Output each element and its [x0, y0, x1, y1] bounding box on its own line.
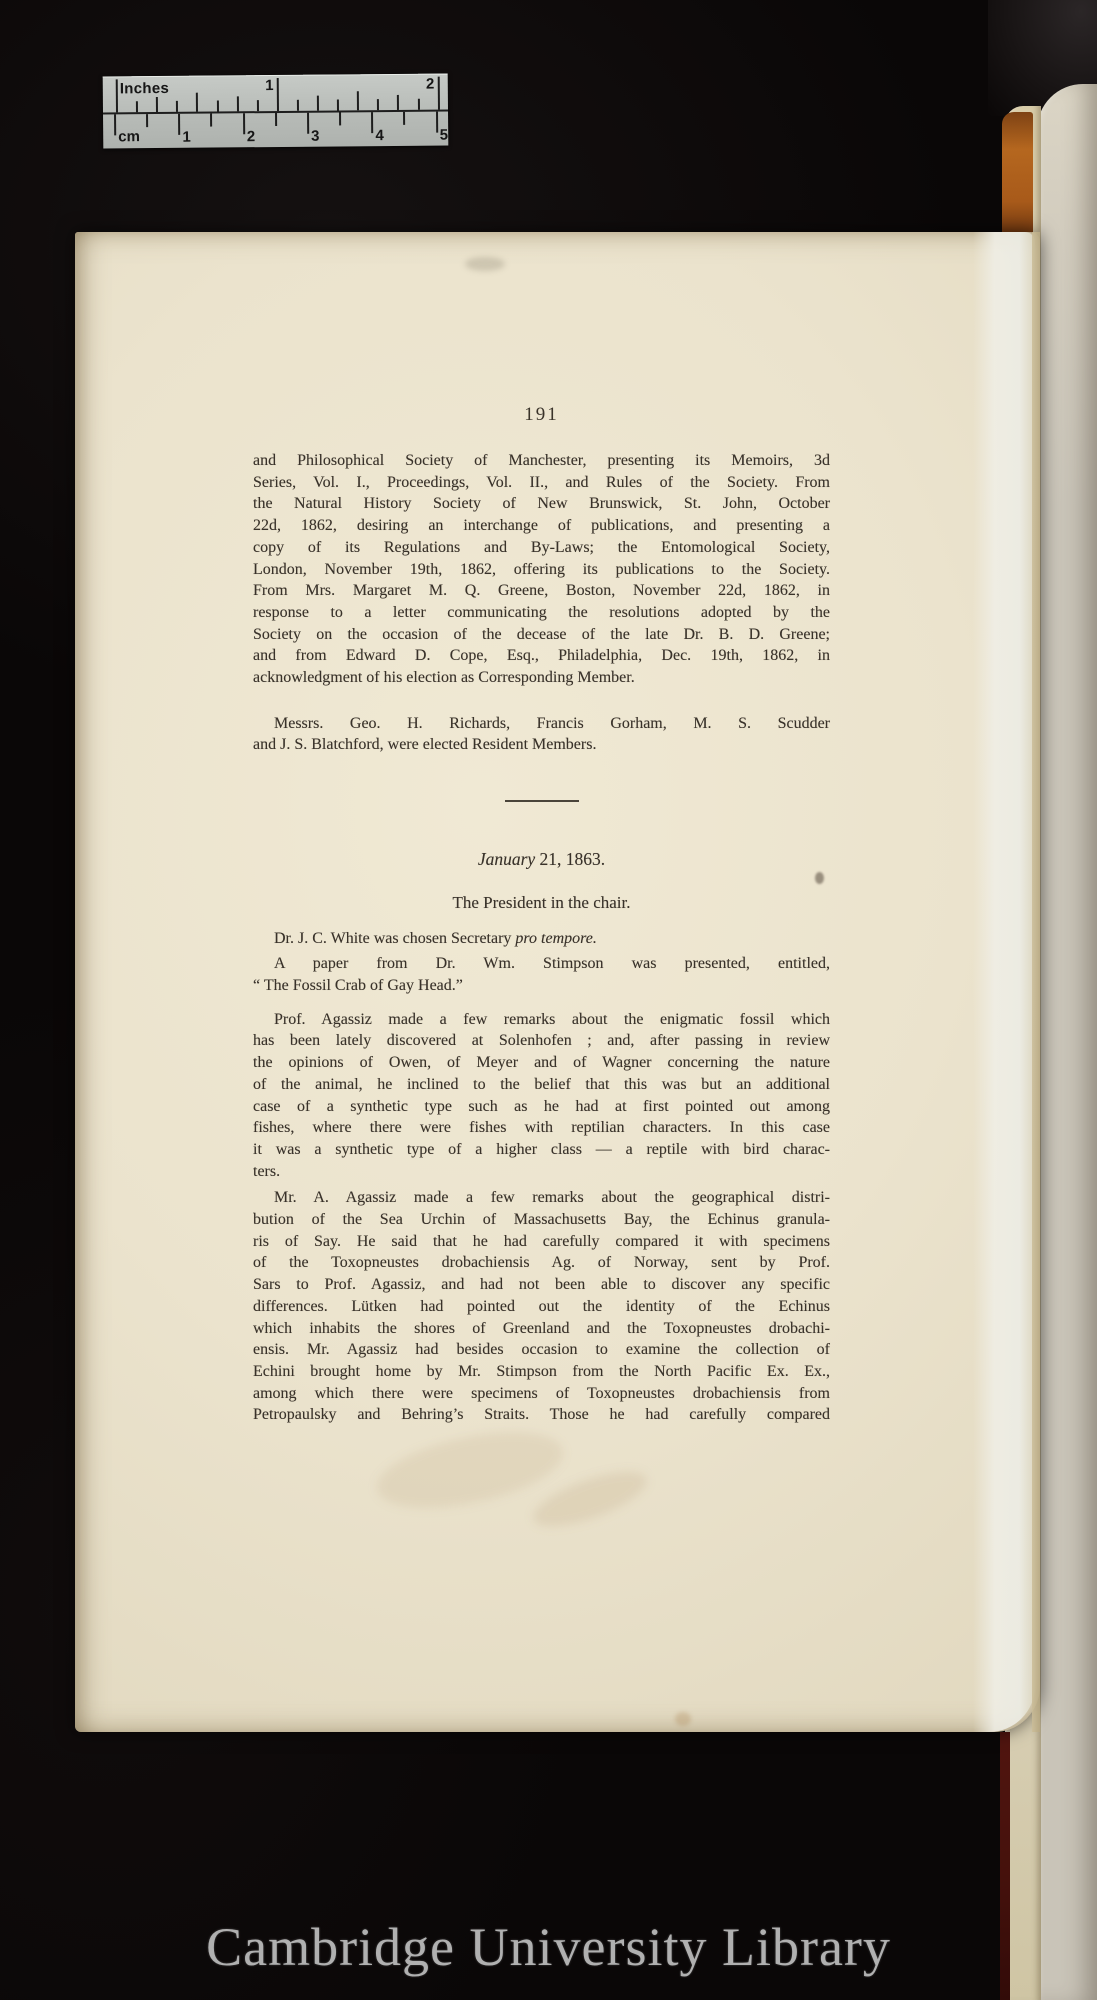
text-line: Messrs. Geo. H. Richards, Francis Gorham… [253, 713, 830, 735]
ruler-cm-ticks [103, 73, 448, 76]
text-line: ris of Say. He said that he had carefull… [253, 1231, 830, 1253]
text-line: which inhabits the shores of Greenland a… [253, 1318, 830, 1340]
inch-tick [297, 100, 299, 111]
text-segment: ters. [253, 1163, 280, 1180]
text-line: the opinions of Owen, of Meyer and of Wa… [253, 1052, 830, 1074]
text-line: Prof. Agassiz made a few remarks about t… [253, 1009, 830, 1031]
text-segment: Mr. A. Agassiz made a few remarks about … [274, 1189, 830, 1206]
inch-tick [397, 95, 399, 110]
text-segment: “ The Fossil Crab of Gay Head.” [253, 977, 463, 994]
text-segment: Society on the occasion of the decease o… [253, 626, 830, 643]
cm-tick [243, 113, 245, 134]
text-line: response to a letter communicating the r… [253, 602, 830, 624]
cm-tick [275, 113, 277, 126]
paragraph: January 21, 1863. [253, 848, 830, 870]
text-segment: ris of Say. He said that he had carefull… [253, 1233, 830, 1250]
inch-tick [317, 96, 319, 111]
text-line: Petropaulsky and Behring’s Straits. Thos… [253, 1404, 830, 1426]
page-stack-fore-edge [1037, 84, 1097, 2000]
text-segment: it was a synthetic type of a higher clas… [253, 1141, 830, 1158]
cm-tick [339, 112, 341, 125]
inch-tick [417, 99, 419, 110]
text-segment: has been lately discovered at Solenhofen… [253, 1032, 830, 1049]
text-line: From Mrs. Margaret M. Q. Greene, Boston,… [253, 580, 830, 602]
text-segment: acknowledgment of his election as Corres… [253, 669, 635, 686]
text-line: Mr. A. Agassiz made a few remarks about … [253, 1187, 830, 1209]
inch-tick [156, 97, 158, 112]
cm-tick [436, 112, 438, 133]
text-segment: case of a synthetic type such as he had … [253, 1098, 830, 1115]
italic-text: January [478, 849, 535, 869]
cm-number: 3 [311, 128, 319, 145]
paragraph: A paper from Dr. Wm. Stimpson was presen… [253, 953, 830, 996]
text-line: differences. Lütken had pointed out the … [253, 1296, 830, 1318]
inch-tick [337, 99, 339, 110]
text-line: Series, Vol. I., Proceedings, Vol. II., … [253, 472, 830, 494]
text-line: ensis. Mr. Agassiz had besides occasion … [253, 1339, 830, 1361]
paragraph: Dr. J. C. White was chosen Secretary pro… [253, 928, 830, 950]
text-line: of the animal, he inclined to the belief… [253, 1074, 830, 1096]
text-segment: bution of the Sea Urchin of Massachusett… [253, 1211, 830, 1228]
cm-tick [210, 114, 212, 127]
book-page: 191 and Philosophical Society of Manches… [75, 232, 1040, 1732]
text-segment: the Natural History Society of New Bruns… [253, 495, 830, 512]
cm-tick [403, 112, 405, 125]
inch-tick [257, 100, 259, 111]
text-segment: Series, Vol. I., Proceedings, Vol. II., … [253, 474, 830, 491]
page-number: 191 [253, 404, 830, 426]
cm-tick [146, 114, 148, 127]
text-segment: A paper from Dr. Wm. Stimpson was presen… [274, 955, 830, 972]
text-segment: and Philosophical Society of Manchester,… [253, 452, 830, 469]
text-segment: differences. Lütken had pointed out the … [253, 1298, 830, 1315]
text-line: and Philosophical Society of Manchester,… [253, 450, 830, 472]
text-line: it was a synthetic type of a higher clas… [253, 1139, 830, 1161]
text-line: A paper from Dr. Wm. Stimpson was presen… [253, 953, 830, 975]
paragraph: Prof. Agassiz made a few remarks about t… [253, 1009, 830, 1183]
text-line: ters. [253, 1161, 830, 1183]
text-line: has been lately discovered at Solenhofen… [253, 1030, 830, 1052]
italic-text: pro tempore. [515, 930, 596, 947]
text-segment: and J. S. Blatchford, were elected Resid… [253, 736, 596, 753]
stain [465, 257, 505, 271]
paragraph: Messrs. Geo. H. Richards, Francis Gorham… [253, 713, 830, 756]
text-segment: which inhabits the shores of Greenland a… [253, 1320, 830, 1337]
text-segment: London, November 19th, 1862, offering it… [253, 561, 830, 578]
text-line: case of a synthetic type such as he had … [253, 1096, 830, 1118]
page-fore-edge-line [1032, 232, 1040, 1732]
paragraph: Mr. A. Agassiz made a few remarks about … [253, 1187, 830, 1426]
text-line: “ The Fossil Crab of Gay Head.” [253, 975, 830, 997]
text-line: 22d, 1862, desiring an interchange of pu… [253, 515, 830, 537]
text-line: January 21, 1863. [253, 848, 830, 870]
text-line: The President in the chair. [253, 892, 830, 914]
cm-tick [371, 112, 373, 133]
text-segment: Petropaulsky and Behring’s Straits. Thos… [253, 1406, 830, 1423]
cm-tick [307, 113, 309, 134]
scan-backdrop: Inches cm 1212345 191 and Philosophical … [0, 0, 1097, 2000]
inch-tick [196, 93, 198, 112]
text-segment: response to a letter communicating the r… [253, 604, 830, 621]
inch-tick [437, 77, 439, 110]
text-line: Echini brought home by Mr. Stimpson from… [253, 1361, 830, 1383]
inch-tick [176, 101, 178, 112]
cm-tick [178, 114, 180, 135]
text-segment: 21, 1863. [535, 849, 605, 869]
page-fore-edge-highlight [973, 232, 1035, 1732]
text-segment: ensis. Mr. Agassiz had besides occasion … [253, 1341, 830, 1358]
cm-number: 2 [247, 128, 255, 145]
text-line: of the Toxopneustes drobachiensis Ag. of… [253, 1252, 830, 1274]
inch-tick [216, 100, 218, 111]
cm-number: 5 [440, 126, 448, 143]
scale-ruler: Inches cm 1212345 [103, 73, 449, 148]
text-segment: the opinions of Owen, of Meyer and of Wa… [253, 1054, 830, 1071]
text-line: fishes, where there were fishes with rep… [253, 1117, 830, 1139]
inch-tick [377, 99, 379, 110]
text-line: and J. S. Blatchford, were elected Resid… [253, 734, 830, 756]
paragraph: and Philosophical Society of Manchester,… [253, 450, 830, 689]
ruler-inch-ticks [103, 73, 448, 76]
text-segment: copy of its Regulations and By-Laws; the… [253, 539, 830, 556]
text-segment: From Mrs. Margaret M. Q. Greene, Boston,… [253, 582, 830, 599]
text-segment: 22d, 1862, desiring an interchange of pu… [253, 517, 830, 534]
text-line: and from Edward D. Cope, Esq., Philadelp… [253, 645, 830, 667]
section-divider [505, 800, 579, 802]
stain [675, 1712, 691, 1726]
text-column: and Philosophical Society of Manchester,… [253, 450, 830, 1426]
cm-number: 1 [182, 129, 190, 146]
text-segment: among which there were specimens of Toxo… [253, 1385, 830, 1402]
text-line: bution of the Sea Urchin of Massachusett… [253, 1209, 830, 1231]
binding-leather-edge [1002, 112, 1033, 236]
text-line: Dr. J. C. White was chosen Secretary pro… [253, 928, 830, 950]
text-segment: of the Toxopneustes drobachiensis Ag. of… [253, 1254, 830, 1271]
cm-tick [114, 114, 116, 135]
inch-tick [136, 101, 138, 112]
text-segment: Messrs. Geo. H. Richards, Francis Gorham… [274, 715, 830, 732]
inch-tick [357, 91, 359, 110]
inch-number: 2 [421, 76, 434, 93]
text-segment: of the animal, he inclined to the belief… [253, 1076, 830, 1093]
cm-number: 4 [375, 127, 383, 144]
inch-tick [236, 96, 238, 111]
text-segment: The President in the chair. [453, 893, 631, 912]
text-segment: fishes, where there were fishes with rep… [253, 1119, 830, 1136]
text-segment: and from Edward D. Cope, Esq., Philadelp… [253, 647, 830, 664]
ruler-cm-label: cm [118, 128, 140, 145]
library-watermark: Cambridge University Library [0, 1916, 1097, 1978]
text-line: London, November 19th, 1862, offering it… [253, 559, 830, 581]
paragraph: The President in the chair. [253, 892, 830, 914]
text-segment: Prof. Agassiz made a few remarks about t… [274, 1011, 830, 1028]
text-segment: Echini brought home by Mr. Stimpson from… [253, 1363, 830, 1380]
text-segment: Sars to Prof. Agassiz, and had not been … [253, 1276, 830, 1293]
text-line: Sars to Prof. Agassiz, and had not been … [253, 1274, 830, 1296]
inch-number: 1 [261, 77, 274, 94]
inch-tick [116, 79, 118, 112]
text-line: among which there were specimens of Toxo… [253, 1383, 830, 1405]
text-line: copy of its Regulations and By-Laws; the… [253, 537, 830, 559]
text-line: the Natural History Society of New Bruns… [253, 493, 830, 515]
text-segment: Dr. J. C. White was chosen Secretary [274, 930, 515, 947]
text-line: acknowledgment of his election as Corres… [253, 667, 830, 689]
inch-tick [277, 78, 279, 111]
text-line: Society on the occasion of the decease o… [253, 624, 830, 646]
ruler-inches-label: Inches [120, 80, 169, 97]
